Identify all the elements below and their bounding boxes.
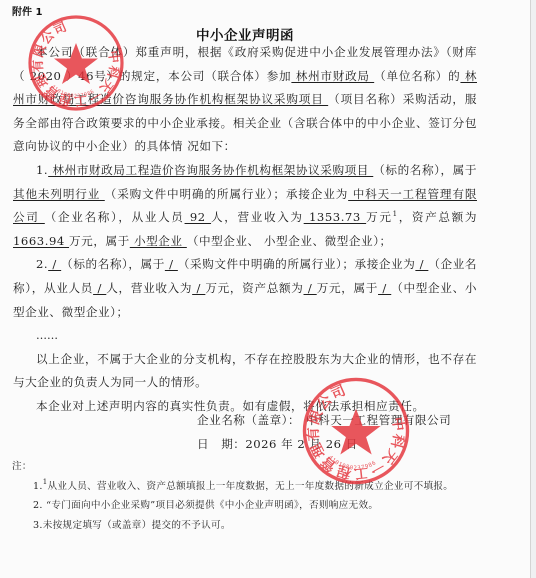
blank-field: / xyxy=(165,257,178,271)
company-label: 企业名称（盖章）： xyxy=(197,413,300,427)
text: 万元，资产总额为 xyxy=(205,281,303,295)
attachment-label: 附件 1 xyxy=(12,3,42,18)
subject-name: 林州市财政局工程造价咨询服务协作机构框架协议采购项目 xyxy=(48,163,373,177)
date-label: 日 期： xyxy=(197,437,245,451)
text: 人，营业收入为 xyxy=(106,281,192,295)
blank-field: / xyxy=(48,257,61,271)
blank-field: / xyxy=(378,281,391,295)
note-text: “专门面向中小企业采购”项目必须提供《中小企业声明函》，否则响应无效。 xyxy=(46,500,378,511)
independence-statement: 以上企业，不属于大企业的分支机构，不存在控股股东为大企业的情形，也不存在与大企业… xyxy=(13,348,477,395)
signature-block: 企业名称（盖章）：中科天一工程管理有限公司 日 期：2026 年 2 月 26 … xyxy=(197,408,451,456)
employees: 92 xyxy=(185,210,212,224)
blank-field: / xyxy=(304,281,317,295)
company-signature-row: 企业名称（盖章）：中科天一工程管理有限公司 xyxy=(197,408,451,432)
note-item: 2. “专门面向中小企业采购”项目必须提供《中小企业声明函》，否则响应无效。 xyxy=(12,496,453,516)
date-value: 2026 年 2 月 26 日 xyxy=(245,437,357,451)
notes-section: 注： 1.1从业人员、营业收入、资产总额填报上一年度数据，无上一年度数据的新成立… xyxy=(12,457,453,535)
blank-field: / xyxy=(415,257,428,271)
note-item: 1.1从业人员、营业收入、资产总额填报上一年度数据，无上一年度数据的新成立企业可… xyxy=(12,477,453,497)
total-assets: 1663.94 xyxy=(13,234,69,248)
enterprise-item-1: 1. 林州市财政局工程造价咨询服务协作机构框架协议采购项目 （标的名称），属于 … xyxy=(13,159,477,253)
text: 人，营业收入为 xyxy=(211,210,304,224)
text: 万元，属于 xyxy=(69,234,130,248)
text: 万元，属于 xyxy=(317,281,378,295)
enterprise-item-2: 2. / （标的名称），属于 / （采购文件中明确的所属行业）；承接企业为 / … xyxy=(13,253,477,324)
date-row: 日 期：2026 年 2 月 26 日 xyxy=(197,432,451,456)
note-item: 3.未按规定填写（或盖章）提交的不予认可。 xyxy=(12,516,453,536)
item-number: 2. xyxy=(36,257,48,271)
industry: 其他未列明行业 xyxy=(13,187,105,201)
item-number: 1. xyxy=(36,163,48,177)
text: （标的名称），属于 xyxy=(373,163,477,177)
document-page: 附件 1 中小企业声明函 本公司（联合体）郑重声明，根据《政府采购促进中小企业发… xyxy=(0,0,531,578)
declaration-body: 本公司（联合体）郑重声明，根据《政府采购促进中小企业发展管理办法》（财库（ 20… xyxy=(13,41,477,419)
text: （采购文件中明确的所属行业）；承接企业为 xyxy=(178,257,416,271)
buyer-name: 林州市财政局 xyxy=(291,69,374,83)
company-value: 中科天一工程管理有限公司 xyxy=(300,413,451,427)
text: 万元 xyxy=(366,210,392,224)
enterprise-size: 小型企业 xyxy=(130,234,187,248)
note-number: 2. xyxy=(33,500,43,511)
note-number: 1. xyxy=(33,481,43,492)
text: （企业名称），从业人员 xyxy=(45,210,185,224)
text: （中型企业、 小型企业、微型企业）； xyxy=(187,234,392,248)
blank-field: / xyxy=(192,281,205,295)
ellipsis: …… xyxy=(13,324,477,348)
note-text: 未按规定填写（或盖章）提交的不予认可。 xyxy=(43,520,231,531)
text: ，资产总额为 xyxy=(398,210,477,224)
blank-field: / xyxy=(93,281,106,295)
declaration-paragraph: 本公司（联合体）郑重声明，根据《政府采购促进中小企业发展管理办法》（财库（ 20… xyxy=(13,41,477,159)
text: （单位名称）的 xyxy=(374,69,460,83)
text: （标的名称），属于 xyxy=(61,257,165,271)
scrollbar-track[interactable] xyxy=(531,0,536,578)
note-number: 3. xyxy=(33,520,43,531)
revenue: 1353.73 xyxy=(304,210,366,224)
text: （采购文件中明确的所属行业）；承接企业为 xyxy=(105,187,348,201)
note-text: 从业人员、营业收入、资产总额填报上一年度数据，无上一年度数据的新成立企业可不填报… xyxy=(48,481,454,492)
notes-heading: 注： xyxy=(12,457,453,477)
